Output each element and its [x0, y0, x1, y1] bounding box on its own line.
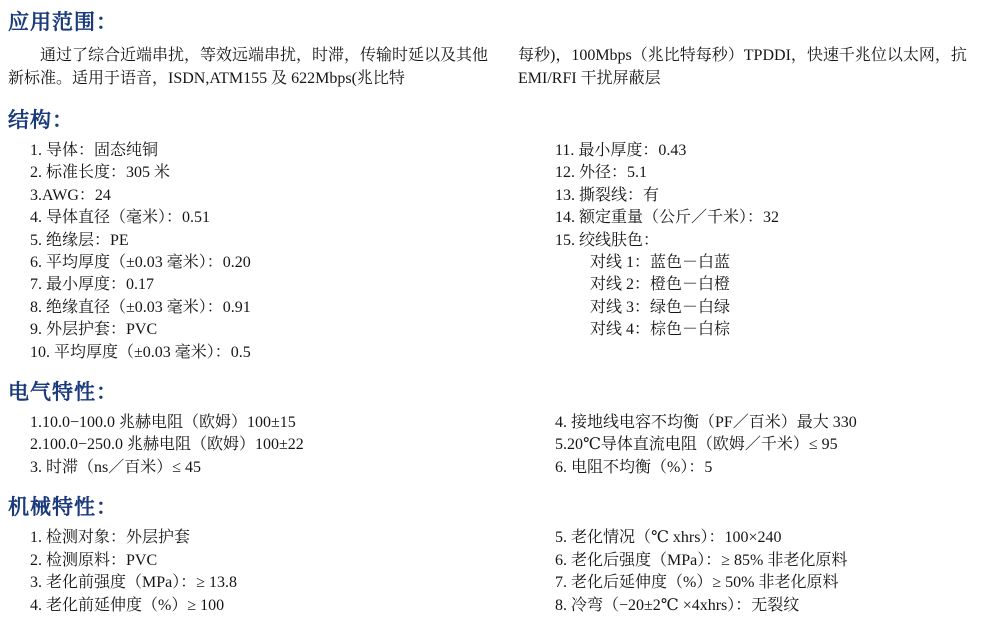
- spec-item: 11. 最小厚度：0.43: [555, 140, 982, 162]
- structure-lists: 1. 导体：固态纯铜2. 标准长度：305 米3.AWG：244. 导体直径（毫…: [8, 140, 982, 364]
- spec-item: 3.AWG：24: [30, 185, 555, 207]
- electrical-right-column: 4. 接地线电容不均衡（PF／百米）最大 3305.20℃导体直流电阻（欧姆／千…: [555, 412, 982, 479]
- spec-item: 5. 绝缘层：PE: [30, 230, 555, 252]
- section-structure: 结构： 1. 导体：固态纯铜2. 标准长度：305 米3.AWG：244. 导体…: [8, 108, 982, 364]
- spec-item: 对线 2：橙色－白橙: [555, 274, 982, 296]
- spec-item: 3. 时滞（ns／百米）≤ 45: [30, 457, 555, 479]
- spec-item: 6. 老化后强度（MPa）：≥ 85% 非老化原料: [555, 550, 982, 572]
- mechanical-heading: 机械特性：: [8, 495, 982, 521]
- mechanical-lists: 1. 检测对象：外层护套2. 检测原料：PVC3. 老化前强度（MPa）：≥ 1…: [8, 527, 982, 617]
- application-paragraphs: 通过了综合近端串扰，等效远端串扰，时滞，传输时延以及其他新标准。适用于语音，IS…: [8, 44, 982, 90]
- application-left-paragraph: 通过了综合近端串扰，等效远端串扰，时滞，传输时延以及其他新标准。适用于语音，IS…: [8, 44, 518, 90]
- spec-item: 9. 外层护套：PVC: [30, 319, 555, 341]
- spec-item: 1.10.0−100.0 兆赫电阻（欧姆）100±15: [30, 412, 555, 434]
- spec-item: 2. 标准长度：305 米: [30, 162, 555, 184]
- spec-item: 对线 3：绿色－白绿: [555, 297, 982, 319]
- spec-item: 13. 撕裂线：有: [555, 185, 982, 207]
- section-electrical: 电气特性： 1.10.0−100.0 兆赫电阻（欧姆）100±152.100.0…: [8, 380, 982, 479]
- spec-item: 4. 接地线电容不均衡（PF／百米）最大 330: [555, 412, 982, 434]
- spec-item: 5.20℃导体直流电阻（欧姆／千米）≤ 95: [555, 434, 982, 456]
- spec-item: 12. 外径：5.1: [555, 162, 982, 184]
- spec-sheet-page: 应用范围： 通过了综合近端串扰，等效远端串扰，时滞，传输时延以及其他新标准。适用…: [0, 0, 990, 627]
- application-right-paragraph: 每秒)，100Mbps（兆比特每秒）TPDDI，快速千兆位以太网，抗 EMI/R…: [518, 44, 982, 90]
- spec-item: 7. 最小厚度：0.17: [30, 274, 555, 296]
- spec-item: 2.100.0−250.0 兆赫电阻（欧姆）100±22: [30, 434, 555, 456]
- spec-item: 4. 老化前延伸度（%）≥ 100: [30, 595, 555, 617]
- section-mechanical: 机械特性： 1. 检测对象：外层护套2. 检测原料：PVC3. 老化前强度（MP…: [8, 495, 982, 617]
- spec-item: 对线 4：棕色－白棕: [555, 319, 982, 341]
- spec-item: 8. 绝缘直径（±0.03 毫米）：0.91: [30, 297, 555, 319]
- spec-item: 2. 检测原料：PVC: [30, 550, 555, 572]
- spec-item: 3. 老化前强度（MPa）：≥ 13.8: [30, 572, 555, 594]
- spec-item: 1. 导体：固态纯铜: [30, 140, 555, 162]
- spec-item: 5. 老化情况（℃ xhrs）：100×240: [555, 527, 982, 549]
- application-heading: 应用范围：: [8, 10, 982, 36]
- electrical-lists: 1.10.0−100.0 兆赫电阻（欧姆）100±152.100.0−250.0…: [8, 412, 982, 479]
- spec-item: 15. 绞线肤色：: [555, 230, 982, 252]
- spec-item: 6. 电阻不均衡（%）：5: [555, 457, 982, 479]
- spec-item: 1. 检测对象：外层护套: [30, 527, 555, 549]
- mechanical-left-column: 1. 检测对象：外层护套2. 检测原料：PVC3. 老化前强度（MPa）：≥ 1…: [8, 527, 555, 617]
- structure-right-column: 11. 最小厚度：0.4312. 外径：5.113. 撕裂线：有14. 额定重量…: [555, 140, 982, 342]
- spec-item: 对线 1：蓝色－白蓝: [555, 252, 982, 274]
- structure-left-column: 1. 导体：固态纯铜2. 标准长度：305 米3.AWG：244. 导体直径（毫…: [8, 140, 555, 364]
- electrical-heading: 电气特性：: [8, 380, 982, 406]
- spec-item: 8. 冷弯（−20±2℃ ×4xhrs）：无裂纹: [555, 595, 982, 617]
- electrical-left-column: 1.10.0−100.0 兆赫电阻（欧姆）100±152.100.0−250.0…: [8, 412, 555, 479]
- structure-heading: 结构：: [8, 108, 982, 134]
- spec-item: 14. 额定重量（公斤／千米）：32: [555, 207, 982, 229]
- spec-item: 7. 老化后延伸度（%）≥ 50% 非老化原料: [555, 572, 982, 594]
- mechanical-right-column: 5. 老化情况（℃ xhrs）：100×2406. 老化后强度（MPa）：≥ 8…: [555, 527, 982, 617]
- spec-item: 6. 平均厚度（±0.03 毫米）：0.20: [30, 252, 555, 274]
- spec-item: 10. 平均厚度（±0.03 毫米）：0.5: [30, 342, 555, 364]
- spec-item: 4. 导体直径（毫米）：0.51: [30, 207, 555, 229]
- section-application: 应用范围： 通过了综合近端串扰，等效远端串扰，时滞，传输时延以及其他新标准。适用…: [8, 10, 982, 90]
